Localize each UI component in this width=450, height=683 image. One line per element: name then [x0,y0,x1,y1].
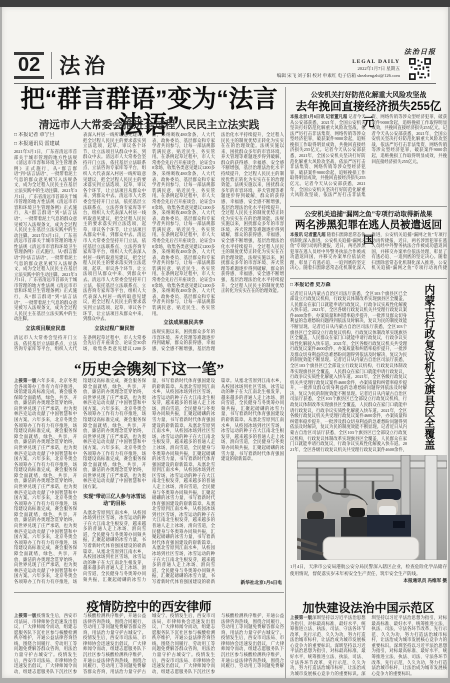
history-crosshead: 实现“带动三亿人参与冰雪运动”的目标 [83,493,146,507]
continued-from-page-one: 上接第一版 [14,613,37,618]
continued-from-page-one: 上接第一版 [14,378,37,383]
header-divider [51,52,52,79]
lead-body: □ 本报记者 章宁旦 □ 本报通讯员 雷建斌 2021年3月1日，广东省清远市首… [14,132,284,354]
scan-edge-top [0,0,450,7]
lead-paragraph: 2021年3月1日，广东省清远市首部关于城市管理的地方性法规《清远市市容和环境卫… [14,149,77,322]
police-inspection-photo [297,455,447,560]
police-a-body: 本报北京1月6日讯 记者董凡超 记者今天从公安部获悉，2021年，全国公安机关坚… [290,114,447,203]
neimenggu-headline: 内蒙古行政复议机关旗县区全覆盖 [423,284,434,452]
masthead-english: LEGAL DAILY [277,58,400,66]
story-rule [290,206,447,207]
lead-crosshead-3: 立法成果惠民共享 [152,319,215,326]
neimenggu-vertical-headline-strip: 内蒙古行政复议机关旗县区全覆盖 [411,282,445,452]
shenzhen-body: 上接第一版深圳坚持以习近平法治思想为指引，对标最高标准、最好水平，统筹推进立法、… [290,615,447,677]
neimenggu-paragraph: 记者近日从内蒙古自治区司法厅获悉，全区103个旗县区已全部设立行政复议机构，行政… [290,291,407,453]
neimenggu-body: □ 本报记者 史万森 记者近日从内蒙古自治区司法厅获悉，全区103个旗县区已全部… [290,282,407,452]
lead-byline-correspondent: □ 本报通讯员 雷建斌 [14,141,77,150]
newspaper-page: 02 法治 LEGAL DAILY 2022年1月7日 星期五 编辑 宋飞 刘子… [2,7,448,678]
wire-credit: 新华社北京1月6日电 [238,580,282,586]
masthead-logo-block: 法治日报 [404,47,436,80]
continued-from-page-one: 上接第一版 [290,615,312,620]
section-title: 法治 [59,50,109,80]
lead-subheadline: 清远市人大常委会推进全过程人民民主立法实践 [14,117,284,132]
xian-body: 上接第一版疫情发生后，西安市司法局、市律师协会迅速发出倡议，广大律师闻令而动，组… [14,613,284,676]
lead-crosshead-2: 立法过程广聚民智 [83,325,146,332]
neimenggu-story: □ 本报记者 史万森 记者近日从内蒙古自治区司法厅获悉，全区103个旗县区已全部… [290,282,447,452]
page-number: 02 [14,52,44,79]
column-divider [285,87,286,679]
lead-byline-reporter: □ 本报记者 章宁旦 [14,132,77,141]
police-b-paragraph: 本报讯 记者董凡超 随着扫黑除恶常态化机制化深入推进，公安机关追捕“漏网之鱼”专… [290,232,447,275]
shenzhen-headline: 加快建设法治中国示范区 [290,599,447,616]
story-rule [14,592,284,593]
dateline: 本报北京1月6日讯 记者董凡超 [290,114,348,119]
photo-caption-block: 1月4日，天津市公安局港航公安分局民警深入辖区企业，检查危险化学品储存使用情况，… [290,564,447,584]
story-rule [290,278,447,279]
page-header-right: LEGAL DAILY 2022年1月7日 星期五 编辑 宋飞 刘子阳 校对 申… [277,47,436,80]
history-body: 上接第一版六年多来，北京冬奥会各项筹办工作有力有序推进，场馆建设高标准完成，赛会… [14,378,284,587]
lead-crosshead-1: 立法项目顺应民意 [14,325,77,332]
neimenggu-byline: □ 本报记者 史万森 [290,282,407,291]
xian-paragraph: 上接第一版疫情发生后，西安市司法局、市律师协会迅速发出倡议，广大律师闻令而动，组… [14,613,284,676]
dateline: 本报讯 记者董凡超 [290,232,327,237]
masthead-staff: 编辑 宋飞 刘子阳 校对 申素红 电子信箱 shezhengzhi@126.co… [277,73,400,80]
newspaper-logo: 法治日报 [404,47,436,57]
photo-credit: 本报通讯员 冯维军 摄 [290,578,447,584]
news-photo [297,455,447,560]
photo-caption: 1月4日，天津市公安局港航公安分局民警深入辖区企业，检查危险化学品储存使用情况，… [290,564,447,577]
page-header: 02 法治 LEGAL DAILY 2022年1月7日 星期五 编辑 宋飞 刘子… [14,47,436,84]
newspaper-scan: { "masthead": { "page_no": "02", "sectio… [0,0,450,683]
page-header-left: 02 法治 [14,50,109,80]
masthead-info: LEGAL DAILY 2022年1月7日 星期五 编辑 宋飞 刘子阳 校对 申… [277,58,400,80]
police-b-body: 本报讯 记者董凡超 随着扫黑除恶常态化机制化深入推进，公安机关追捕“漏网之鱼”专… [290,232,447,275]
history-headline: “历史会镌刻下这一笔” [14,358,284,379]
police-a-paragraph: 本报北京1月6日讯 记者董凡超 记者今天从公安部获悉，2021年，全国公安机关坚… [290,114,447,203]
shenzhen-paragraph: 上接第一版深圳坚持以习近平法治思想为指引，对标最高标准、最好水平，统筹推进立法、… [290,615,447,677]
qr-code-icon [409,58,431,80]
